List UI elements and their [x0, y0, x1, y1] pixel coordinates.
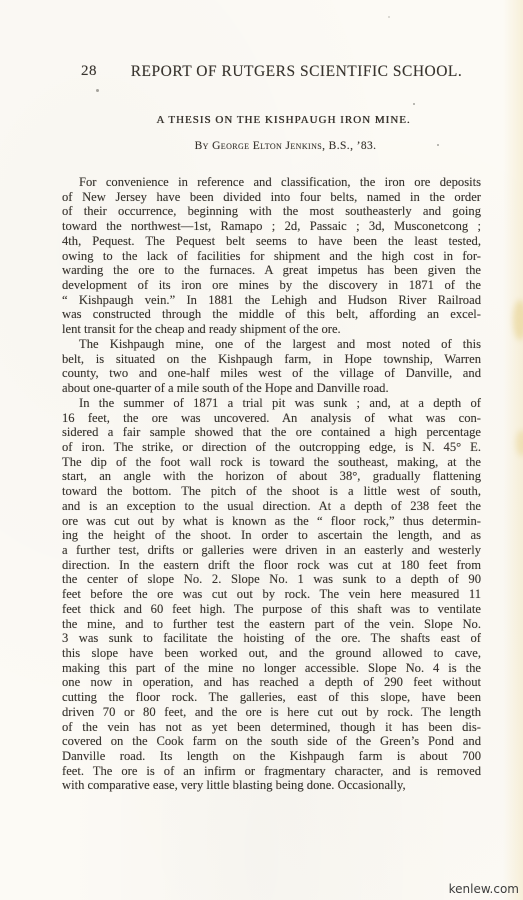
text-line: was constructed through the middle of th… — [62, 307, 481, 322]
text-line: 4th, Pequest. The Pequest belt seems to … — [62, 234, 481, 249]
text-line: 3 was sunk to facilitate the hoisting of… — [62, 631, 481, 646]
text-line: with comparative ease, very little blast… — [62, 778, 481, 793]
text-line: and is an exception to the usual directi… — [62, 499, 481, 514]
scan-speck — [413, 103, 415, 105]
text-line: about one-quarter of a mile south of the… — [62, 381, 481, 396]
text-line: of the vein has not as yet been determin… — [62, 720, 481, 735]
scanned-page: 28 REPORT OF RUTGERS SCIENTIFIC SCHOOL. … — [0, 0, 523, 900]
scan-speck — [96, 89, 99, 92]
text-line: development of its iron ore mines by the… — [62, 278, 481, 293]
scan-edge-tint — [503, 0, 523, 900]
text-line: 16 feet, the ore was uncovered. An analy… — [62, 411, 481, 426]
watermark: kenlew.com — [449, 882, 519, 896]
article-body: For convenience in reference and classif… — [62, 175, 481, 793]
text-line: warding the ore to the furnaces. A great… — [62, 263, 481, 278]
text-line: ore was cut out by what is known as the … — [62, 514, 481, 529]
text-line: start, an angle with the horizon of abou… — [62, 469, 481, 484]
paragraph: For convenience in reference and classif… — [62, 175, 481, 337]
text-line: feet before the ore was cut out by rock.… — [62, 587, 481, 602]
paragraph: In the summer of 1871 a trial pit was su… — [62, 396, 481, 793]
text-line: toward the northwest—1st, Ramapo ; 2d, P… — [62, 219, 481, 234]
text-line: toward the bottom. The pitch of the shoo… — [62, 484, 481, 499]
text-line: In the summer of 1871 a trial pit was su… — [62, 396, 481, 411]
text-line: ing the height of the shoot. In order to… — [62, 528, 481, 543]
text-line: this slope have been worked out, and the… — [62, 646, 481, 661]
article-byline: By George Elton Jenkins, B.S., ’83. — [24, 140, 523, 152]
article-title: A THESIS ON THE KISHPAUGH IRON MINE. — [22, 114, 523, 126]
text-line: the mine, and to further test the easter… — [62, 617, 481, 632]
text-line: “ Kishpaugh vein.” In 1881 the Lehigh an… — [62, 293, 481, 308]
text-line: The Kishpaugh mine, one of the largest a… — [62, 337, 481, 352]
text-line: covered on the Cook farm on the south si… — [62, 734, 481, 749]
scan-stain — [516, 430, 523, 456]
text-line: of iron. The strike, or direction of the… — [62, 440, 481, 455]
text-line: Danville road. Its length on the Kishpau… — [62, 749, 481, 764]
page-header: 28 REPORT OF RUTGERS SCIENTIFIC SCHOOL. — [62, 0, 481, 82]
text-line: of their occurrence, beginning with the … — [62, 204, 481, 219]
text-line: one now in operation, and has reached a … — [62, 675, 481, 690]
text-line: driven 70 or 80 feet, and the ore is her… — [62, 705, 481, 720]
text-line: of New Jersey have been divided into fou… — [62, 190, 481, 205]
text-line: county, two and one-half miles west of t… — [62, 366, 481, 381]
paragraph: The Kishpaugh mine, one of the largest a… — [62, 337, 481, 396]
text-line: making this part of the mine no longer a… — [62, 661, 481, 676]
text-line: For convenience in reference and classif… — [62, 175, 481, 190]
text-line: cutting the floor rock. The galleries, e… — [62, 690, 481, 705]
text-line: direction. In the eastern drift the floo… — [62, 558, 481, 573]
text-line: lent transit for the cheap and ready shi… — [62, 322, 481, 337]
text-line: feet. The ore is of an infirm or fragmen… — [62, 764, 481, 779]
text-line: sidered a fair sample showed that the or… — [62, 425, 481, 440]
text-line: the center of slope No. 2. Slope No. 1 w… — [62, 572, 481, 587]
text-line: The dip of the foot wall rock is toward … — [62, 455, 481, 470]
scan-stain — [513, 300, 523, 340]
running-title: REPORT OF RUTGERS SCIENTIFIC SCHOOL. — [87, 63, 506, 81]
text-line: owing to the lack of facilities for ship… — [62, 249, 481, 264]
text-line: feet thick and 60 feet high. The purpose… — [62, 602, 481, 617]
text-line: a further test, drifts or galleries were… — [62, 543, 481, 558]
text-line: belt, is situated on the Kishpaugh farm,… — [62, 352, 481, 367]
